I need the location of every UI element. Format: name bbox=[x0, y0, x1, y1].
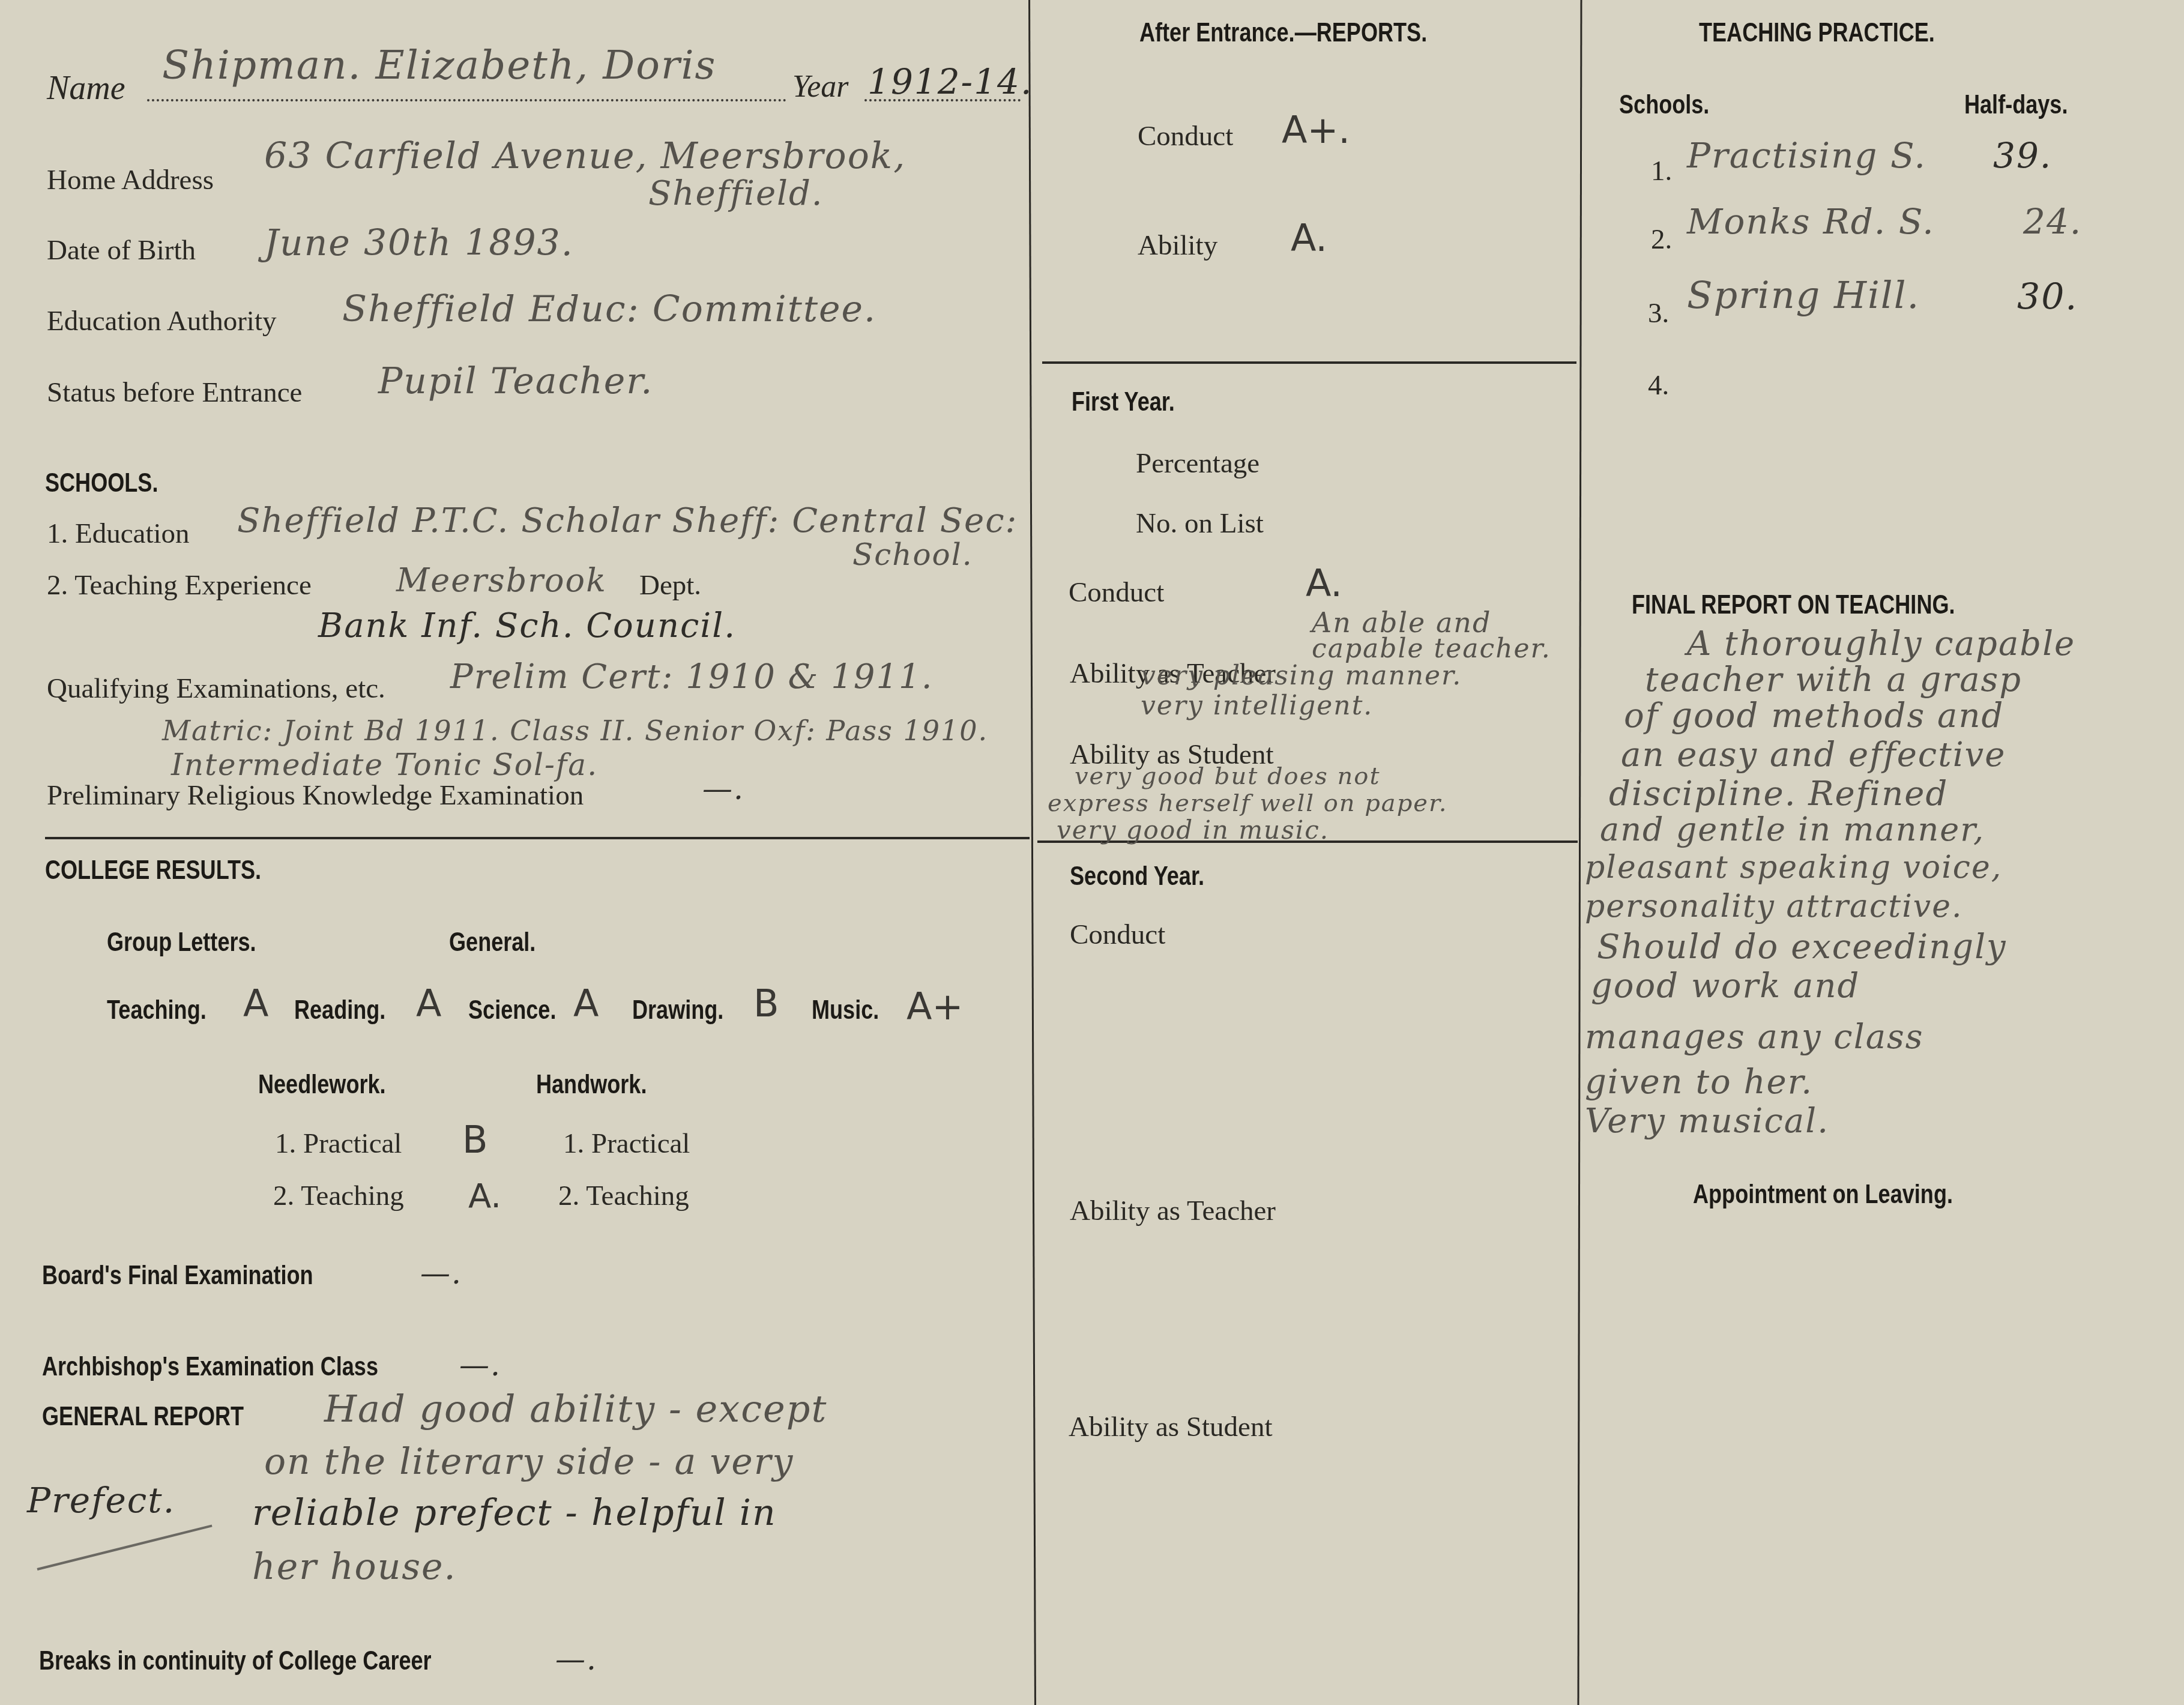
archbishop-value: —. bbox=[459, 1348, 501, 1383]
education-label: 1. Education bbox=[47, 518, 190, 550]
first-year-ability-teacher-line3: very pleasing manner. bbox=[1141, 660, 1462, 691]
year-value: 1912-14. bbox=[867, 61, 1033, 102]
general-report-label: GENERAL REPORT bbox=[42, 1402, 244, 1432]
no-on-list-label: No. on List bbox=[1136, 507, 1264, 540]
general-report-line1: Had good ability - except bbox=[324, 1387, 827, 1431]
practice-row-number: 3. bbox=[1648, 297, 1669, 330]
final-report-line: personality attractive. bbox=[1585, 889, 1962, 925]
general-report-line3: reliable prefect - helpful in bbox=[252, 1492, 777, 1534]
qualifying-line3: Intermediate Tonic Sol-fa. bbox=[171, 747, 598, 782]
subject-label-music: Music. bbox=[812, 995, 879, 1025]
name-label: Name bbox=[47, 69, 125, 107]
qualifying-label: Qualifying Examinations, etc. bbox=[47, 672, 385, 705]
final-report-line: pleasant speaking voice, bbox=[1585, 849, 2002, 886]
education-authority-value: Sheffield Educ: Committee. bbox=[342, 288, 876, 330]
handwork-teaching-label: 2. Teaching bbox=[558, 1180, 689, 1212]
half-days-column-label: Half-days. bbox=[1964, 90, 2068, 120]
home-address-line2: Sheffield. bbox=[648, 174, 824, 213]
teaching-experience-value: Meersbrook bbox=[396, 561, 607, 599]
subject-label-drawing: Drawing. bbox=[632, 995, 723, 1025]
subject-grade-music: A+ bbox=[906, 985, 963, 1028]
after-entrance-conduct-value: A+. bbox=[1282, 108, 1350, 152]
prefect-margin-note: Prefect. bbox=[27, 1480, 175, 1521]
practice-row-school: Spring Hill. bbox=[1687, 273, 1920, 317]
first-year-ability-teacher-line2: capable teacher. bbox=[1312, 633, 1551, 664]
final-report-line: Very musical. bbox=[1585, 1102, 1829, 1141]
practice-row-half-days: 30. bbox=[2017, 276, 2078, 318]
teaching-practice-heading: TEACHING PRACTICE. bbox=[1699, 18, 1935, 48]
final-report-line: A thoroughly capable bbox=[1687, 624, 2075, 663]
archbishop-label: Archbishop's Examination Class bbox=[42, 1352, 378, 1382]
practice-row-half-days: 39. bbox=[1993, 135, 2052, 176]
first-year-ability-teacher-line4: very intelligent. bbox=[1141, 690, 1373, 721]
first-year-ability-student-line2: express herself well on paper. bbox=[1048, 789, 1447, 817]
first-year-conduct-value: A. bbox=[1306, 561, 1342, 605]
first-year-heading: First Year. bbox=[1072, 387, 1175, 417]
left-section-divider bbox=[45, 837, 1030, 839]
qualifying-line1: Prelim Cert: 1910 & 1911. bbox=[450, 657, 934, 696]
practice-row-number: 2. bbox=[1651, 223, 1672, 256]
first-year-ability-student-line1: very good but does not bbox=[1075, 762, 1380, 790]
after-entrance-ability-label: Ability bbox=[1138, 229, 1217, 262]
final-report-heading: FINAL REPORT ON TEACHING. bbox=[1632, 590, 1955, 620]
final-report-line: and gentle in manner, bbox=[1600, 810, 1985, 848]
column-divider-left bbox=[1028, 0, 1036, 1705]
second-year-conduct-label: Conduct bbox=[1070, 919, 1165, 951]
after-entrance-conduct-label: Conduct bbox=[1138, 120, 1233, 152]
name-dotted-line bbox=[147, 99, 786, 101]
education-authority-label: Education Authority bbox=[47, 305, 276, 337]
final-report-line: teacher with a grasp bbox=[1645, 660, 2022, 699]
percentage-label: Percentage bbox=[1136, 447, 1259, 480]
practice-row-half-days: 24. bbox=[2023, 201, 2082, 242]
group-letters-label: Group Letters. bbox=[107, 928, 256, 958]
home-address-label: Home Address bbox=[47, 164, 214, 196]
teaching-experience-line2: Bank Inf. Sch. Council. bbox=[318, 606, 736, 645]
appointment-on-leaving-label: Appointment on Leaving. bbox=[1693, 1180, 1953, 1210]
second-year-heading: Second Year. bbox=[1070, 862, 1204, 892]
needlework-teaching-grade: A. bbox=[468, 1177, 501, 1216]
middle-divider-first-year bbox=[1042, 361, 1576, 364]
subject-label-science: Science. bbox=[468, 995, 556, 1025]
general-label: General. bbox=[449, 928, 535, 958]
general-report-line4: her house. bbox=[252, 1546, 457, 1588]
after-entrance-heading: After Entrance.—REPORTS. bbox=[1139, 18, 1427, 48]
subject-grade-science: A bbox=[573, 982, 599, 1025]
schools-heading: SCHOOLS. bbox=[45, 468, 158, 498]
schools-column-label: Schools. bbox=[1619, 90, 1709, 120]
religious-knowledge-label: Preliminary Religious Knowledge Examinat… bbox=[47, 779, 584, 812]
needlework-teaching-label: 2. Teaching bbox=[273, 1180, 404, 1212]
home-address-line1: 63 Carfield Avenue, Meersbrook, bbox=[264, 135, 906, 177]
boards-final-value: —. bbox=[420, 1256, 462, 1291]
subject-label-teaching: Teaching. bbox=[107, 995, 207, 1025]
dob-label: Date of Birth bbox=[47, 234, 196, 267]
final-report-line: given to her. bbox=[1585, 1063, 1813, 1102]
final-report-line: manages any class bbox=[1585, 1018, 1924, 1057]
final-report-line: good work and bbox=[1591, 967, 1860, 1006]
qualifying-line2: Matric: Joint Bd 1911. Class II. Senior … bbox=[162, 714, 988, 747]
subject-label-reading: Reading. bbox=[294, 995, 385, 1025]
religious-knowledge-value: —. bbox=[702, 771, 744, 806]
handwork-label: Handwork. bbox=[536, 1070, 647, 1100]
practice-row-number: 4. bbox=[1648, 369, 1669, 402]
boards-final-label: Board's Final Examination bbox=[42, 1261, 313, 1291]
subject-grade-drawing: B bbox=[753, 982, 779, 1025]
dob-value: June 30th 1893. bbox=[264, 222, 574, 264]
breaks-value: —. bbox=[555, 1642, 597, 1677]
breaks-label: Breaks in continuity of College Career bbox=[39, 1646, 432, 1676]
second-year-ability-teacher-label: Ability as Teacher bbox=[1070, 1195, 1276, 1227]
column-divider-right bbox=[1578, 0, 1582, 1705]
status-value: Pupil Teacher. bbox=[378, 360, 653, 402]
year-label: Year bbox=[792, 69, 848, 104]
final-report-line: of good methods and bbox=[1624, 696, 2004, 735]
prefect-underline-stroke bbox=[37, 1524, 213, 1570]
first-year-conduct-label: Conduct bbox=[1069, 576, 1164, 609]
final-report-line: discipline. Refined bbox=[1609, 774, 1948, 813]
final-report-line: an easy and effective bbox=[1621, 735, 2006, 774]
needlework-practical-label: 1. Practical bbox=[275, 1127, 402, 1160]
general-report-line2: on the literary side - a very bbox=[264, 1441, 794, 1483]
needlework-label: Needlework. bbox=[258, 1070, 386, 1100]
after-entrance-ability-value: A. bbox=[1291, 216, 1327, 260]
handwork-practical-label: 1. Practical bbox=[563, 1127, 690, 1160]
practice-row-number: 1. bbox=[1651, 155, 1672, 187]
education-value: Sheffield P.T.C. Scholar Sheff: Central … bbox=[237, 501, 1018, 540]
subject-grade-teaching: A bbox=[243, 982, 268, 1025]
practice-row-school: Practising S. bbox=[1687, 135, 1926, 176]
teaching-experience-dept: Dept. bbox=[639, 569, 701, 602]
status-label: Status before Entrance bbox=[47, 376, 302, 409]
first-year-ability-student-line3: very good in music. bbox=[1057, 815, 1329, 845]
subject-grade-reading: A bbox=[416, 982, 441, 1025]
name-value: Shipman. Elizabeth, Doris bbox=[162, 42, 716, 88]
final-report-line: Should do exceedingly bbox=[1597, 928, 2007, 967]
second-year-ability-student-label: Ability as Student bbox=[1069, 1411, 1272, 1443]
teaching-experience-label: 2. Teaching Experience bbox=[47, 569, 312, 602]
practice-row-school: Monks Rd. S. bbox=[1687, 201, 1935, 242]
education-value-line2: School. bbox=[852, 537, 973, 572]
college-results-heading: COLLEGE RESULTS. bbox=[45, 856, 261, 886]
needlework-practical-grade: B bbox=[462, 1118, 488, 1162]
